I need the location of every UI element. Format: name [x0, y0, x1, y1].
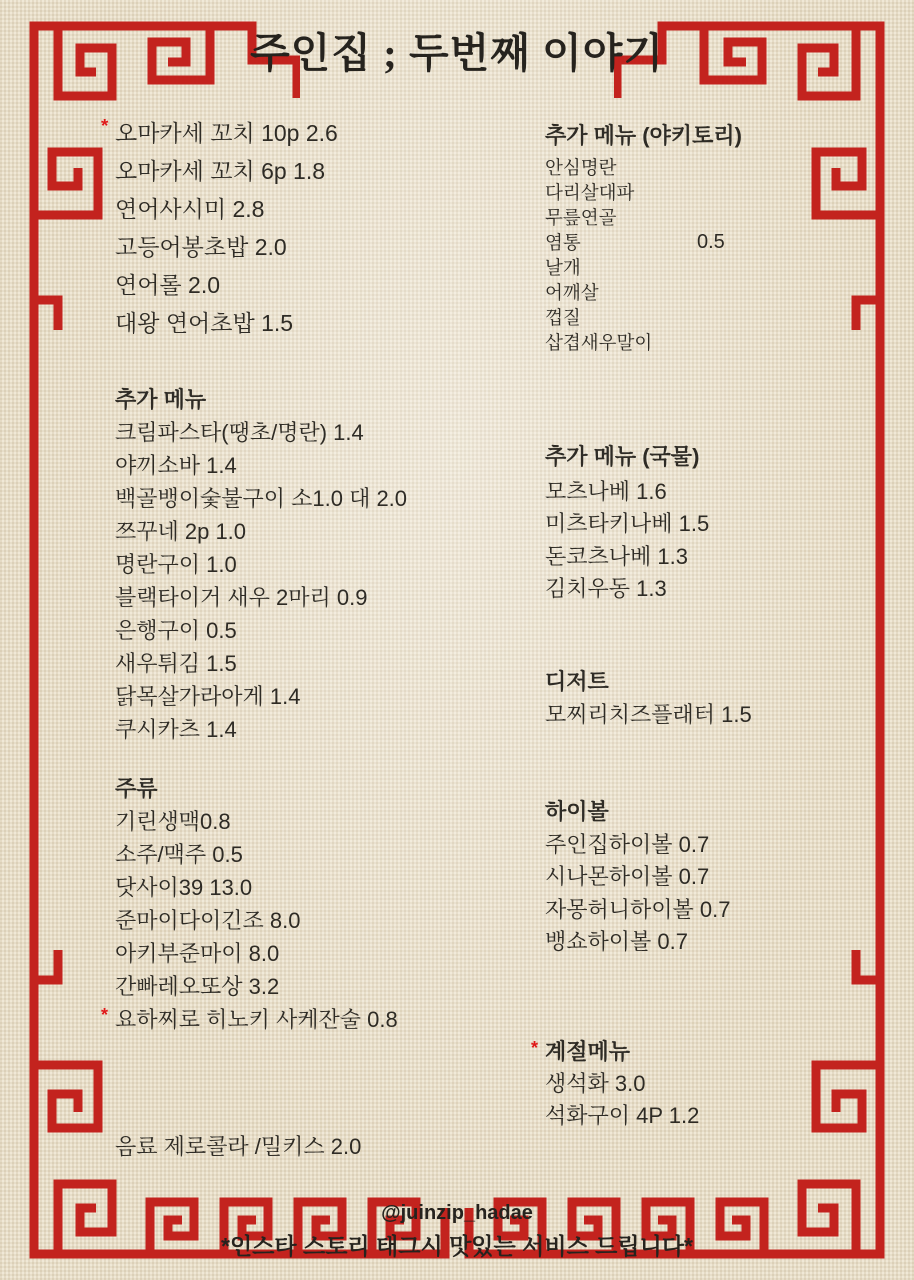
menu-item: 어깨살 [545, 280, 742, 305]
section-seasonal: *계절메뉴 생석화 3.0 석화구이 4P 1.2 [545, 1036, 699, 1132]
menu-item: 야끼소바 1.4 [115, 449, 407, 482]
section-header: 추가 메뉴 (국물) [545, 441, 709, 474]
menu-item-label: 쿠시카츠 1.4 [115, 717, 237, 742]
menu-item: 날개 [545, 255, 742, 280]
menu-item: 돈코츠나베 1.3 [545, 541, 709, 574]
menu-item-label: 날개 [545, 257, 581, 278]
menu-item-label: 블랙타이거 새우 2마리 0.9 [115, 585, 367, 610]
menu-item: 음료 제로콜라 /밀키스 2.0 [115, 1130, 361, 1163]
section-sashimi: *오마카세 꼬치 10p 2.6 오마카세 꼬치 6p 1.8 연어사시미 2.… [115, 114, 338, 342]
service-notice: *인스타 스토리 태그시 맛있는 서비스 드립니다* [0, 1228, 914, 1261]
menu-item-label: 쯔꾸네 2p 1.0 [115, 519, 246, 544]
menu-item: 명란구이 1.0 [115, 548, 407, 581]
menu-item: 염통0.5 [545, 230, 742, 255]
menu-item-label: 크림파스타(땡초/명란) 1.4 [115, 420, 364, 445]
menu-item: 연어사시미 2.8 [115, 190, 338, 228]
menu-item: 주인집하이볼 0.7 [545, 829, 730, 862]
menu-item: 시나몬하이볼 0.7 [545, 861, 730, 894]
menu-item: 크림파스타(땡초/명란) 1.4 [115, 416, 407, 449]
menu-item-label: 간빠레오또상 3.2 [115, 974, 279, 999]
menu-item: 안심명란 [545, 155, 742, 180]
menu-item-label: 대왕 연어초밥 1.5 [115, 310, 293, 336]
section-dessert: 디저트 모찌리치즈플래터 1.5 [545, 665, 752, 731]
menu-item-label: 미츠타키나베 1.5 [545, 511, 709, 536]
section-add-menu: 추가 메뉴 크림파스타(땡초/명란) 1.4 야끼소바 1.4 백골뱅이숯불구이… [115, 383, 407, 746]
menu-item-label: 무릎연골 [545, 207, 616, 228]
menu-item-label: 준마이다이긴조 8.0 [115, 908, 300, 933]
menu-item: 간빠레오또상 3.2 [115, 970, 398, 1003]
menu-item: 오마카세 꼬치 6p 1.8 [115, 152, 338, 190]
menu-item: 모츠나베 1.6 [545, 476, 709, 509]
section-header: 하이볼 [545, 796, 730, 829]
menu-item-label: 다리살대파 [545, 182, 634, 203]
menu-item-label: 연어롤 2.0 [115, 272, 220, 298]
menu-item: 김치우동 1.3 [545, 573, 709, 606]
menu-item: 기린생맥0.8 [115, 805, 398, 838]
menu-item: 준마이다이긴조 8.0 [115, 904, 398, 937]
menu-item-label: 아키부준마이 8.0 [115, 941, 279, 966]
section-header: 주류 [115, 772, 398, 805]
menu-item-label: 석화구이 4P 1.2 [545, 1103, 699, 1128]
menu-item: 새우튀김 1.5 [115, 647, 407, 680]
section-beverage: 음료 제로콜라 /밀키스 2.0 [115, 1130, 361, 1163]
menu-item-label: 주인집하이볼 0.7 [545, 832, 709, 857]
menu-item: 닷사이39 13.0 [115, 871, 398, 904]
menu-item-label: 고등어봉초밥 2.0 [115, 234, 287, 260]
menu-item: 은행구이 0.5 [115, 614, 407, 647]
section-header: 디저트 [545, 665, 752, 698]
menu-item: 모찌리치즈플래터 1.5 [545, 698, 752, 731]
menu-item-label: 어깨살 [545, 282, 599, 303]
menu-item-label: 새우튀김 1.5 [115, 651, 237, 676]
menu-item: 쿠시카츠 1.4 [115, 713, 407, 746]
page-title: 주인집 ; 두번째 이야기 [0, 20, 914, 79]
menu-item-label: 껍질 [545, 307, 581, 328]
menu-page: 주인집 ; 두번째 이야기 *오마카세 꼬치 10p 2.6 오마카세 꼬치 6… [0, 0, 914, 1280]
menu-item-label: 모찌리치즈플래터 1.5 [545, 702, 752, 727]
star-mark: * [101, 1006, 108, 1024]
menu-item: 미츠타키나베 1.5 [545, 508, 709, 541]
instagram-handle: @juinzip_hadae [0, 1202, 914, 1225]
menu-item-label: 은행구이 0.5 [115, 618, 237, 643]
menu-item-label: 음료 제로콜라 /밀키스 2.0 [115, 1134, 361, 1159]
menu-item: *오마카세 꼬치 10p 2.6 [115, 114, 338, 152]
menu-item: 아키부준마이 8.0 [115, 937, 398, 970]
menu-item-label: 김치우동 1.3 [545, 576, 667, 601]
section-header-label: 계절메뉴 [545, 1039, 630, 1064]
menu-item: 쯔꾸네 2p 1.0 [115, 515, 407, 548]
menu-item: 무릎연골 [545, 205, 742, 230]
menu-item-label: 소주/맥주 0.5 [115, 842, 243, 867]
section-highball: 하이볼 주인집하이볼 0.7 시나몬하이볼 0.7 자몽허니하이볼 0.7 뱅쇼… [545, 796, 730, 959]
star-mark: * [101, 117, 108, 136]
menu-item: 백골뱅이숯불구이 소1.0 대 2.0 [115, 482, 407, 515]
menu-item: 닭목살가라아게 1.4 [115, 680, 407, 713]
menu-item-label: 안심명란 [545, 157, 616, 178]
menu-item: 블랙타이거 새우 2마리 0.9 [115, 581, 407, 614]
menu-item-label: 뱅쇼하이볼 0.7 [545, 929, 688, 954]
menu-item-label: 닭목살가라아게 1.4 [115, 684, 300, 709]
section-soup: 추가 메뉴 (국물) 모츠나베 1.6 미츠타키나베 1.5 돈코츠나베 1.3… [545, 441, 709, 606]
menu-item-label: 요하찌로 히노키 사케잔술 0.8 [115, 1007, 398, 1032]
section-yakitori: 추가 메뉴 (야키토리) 안심명란 다리살대파 무릎연골 염통0.5 날개 어깨… [545, 120, 742, 355]
corner-ornament-bottom-right [464, 640, 914, 1280]
menu-item-label: 연어사시미 2.8 [115, 196, 264, 222]
menu-item-label: 삽겹새우말이 [545, 332, 652, 353]
menu-item: 대왕 연어초밥 1.5 [115, 304, 338, 342]
menu-item: 껍질 [545, 305, 742, 330]
star-mark: * [531, 1039, 538, 1057]
section-header: *계절메뉴 [545, 1036, 699, 1068]
menu-item-label: 염통 [545, 232, 581, 253]
section-header: 추가 메뉴 [115, 383, 407, 416]
menu-item: 소주/맥주 0.5 [115, 838, 398, 871]
menu-item: 뱅쇼하이볼 0.7 [545, 926, 730, 959]
menu-item-label: 모츠나베 1.6 [545, 479, 667, 504]
menu-item-label: 백골뱅이숯불구이 소1.0 대 2.0 [115, 486, 407, 511]
menu-item-label: 자몽허니하이볼 0.7 [545, 897, 730, 922]
menu-item: 다리살대파 [545, 180, 742, 205]
menu-item: 연어롤 2.0 [115, 266, 338, 304]
menu-item: 생석화 3.0 [545, 1068, 699, 1100]
menu-item-label: 오마카세 꼬치 6p 1.8 [115, 158, 325, 184]
menu-item: 고등어봉초밥 2.0 [115, 228, 338, 266]
menu-item: 석화구이 4P 1.2 [545, 1100, 699, 1132]
menu-item: *요하찌로 히노키 사케잔술 0.8 [115, 1003, 398, 1036]
section-drinks: 주류 기린생맥0.8 소주/맥주 0.5 닷사이39 13.0 준마이다이긴조 … [115, 772, 398, 1036]
menu-item: 삽겹새우말이 [545, 330, 742, 355]
menu-item-label: 오마카세 꼬치 10p 2.6 [115, 120, 338, 146]
menu-item-label: 돈코츠나베 1.3 [545, 544, 688, 569]
menu-item-label: 닷사이39 13.0 [115, 875, 252, 900]
menu-item-label: 야끼소바 1.4 [115, 453, 237, 478]
menu-item-label: 명란구이 1.0 [115, 552, 237, 577]
menu-item-label: 기린생맥0.8 [115, 809, 231, 834]
yakitori-price: 0.5 [697, 230, 725, 255]
section-header: 추가 메뉴 (야키토리) [545, 120, 742, 151]
menu-item-label: 생석화 3.0 [545, 1071, 645, 1096]
menu-item: 자몽허니하이볼 0.7 [545, 894, 730, 927]
menu-item-label: 시나몬하이볼 0.7 [545, 864, 709, 889]
